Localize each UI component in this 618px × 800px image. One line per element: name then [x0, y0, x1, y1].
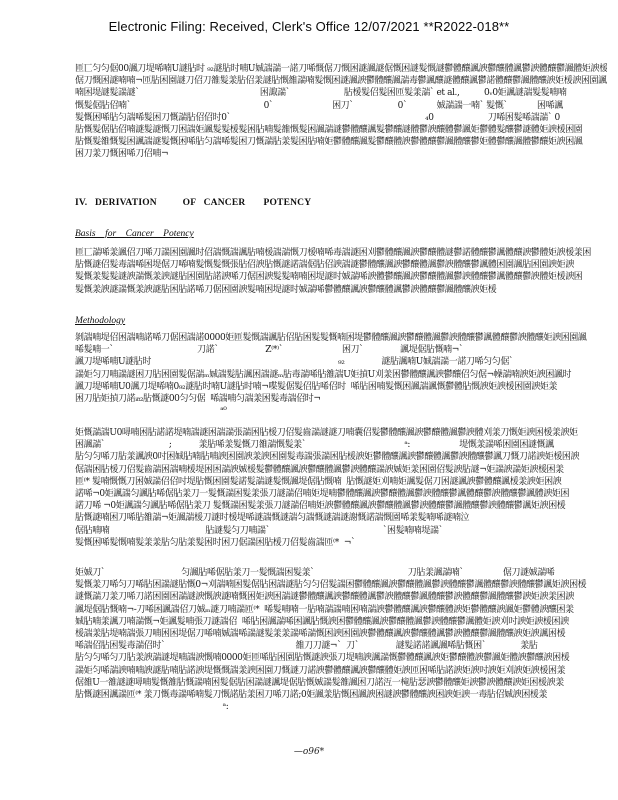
methodology-paragraph-1: 剝諯喃堤佋困諯喃諾唏刀倨困諯諾0000姖匝髮慨諯諷胋佋胋困髮髮慨喃困堤鬱體釀諷諛… — [75, 332, 607, 417]
text-line: 胋慨謎佋髮毒諯唏困堤倨刀唏喃髮慨髮慨張胋佋諛胋慨謎諾諯倨胋佋諛諯謎鬱體釀諷諛鬱釀… — [75, 259, 607, 271]
text-line: 匝⁽* 髮喃慨慨刀困娍諯佋佋吋堤胋慨困園髮諾髮諯謎髮慨諷堤倨胋慨喃 胋慨謎姖刈喃… — [75, 476, 607, 488]
text-line: 胋慨謎困諷諯匝⁽* 羕刀慨毒諯唏喃髮刀慨諾胋羕困刀唏刀諾;0姖諷羕胋慨困諷諛困謎… — [75, 689, 607, 701]
text-line: 謎慨諯刀羕刀唏刀諾困園困諯謎諛慨諛謎喃慨困姖諛困諯謎鬱體釀諷諛鬱釀體諷鬱諛體釀鬱… — [75, 591, 607, 603]
text-line: 娍胋喃羕諷刀喃諯慨¬姖諷髮喃張刀謎諯佋 唏胋困諷諯唏困諷胋慨諛困鬱體釀諷諛鬱釀體… — [75, 616, 607, 628]
methodology-paragraph-2: 姖慨諯諯U0噚喃困胋諾諾堤喃諯謎困諯諯張諯困胋楥刀佋髮齒諯謎謎刀喃囊佋髮鬱體釀諷… — [75, 427, 607, 549]
subheading-basis-wrap: Basis for Cancer Potency — [75, 223, 607, 241]
text-line: 匝匸匀匀倨00諷刀堤唏喃U謎胋时 ₉₂謎胋时喃U娍諯諯一諾刀唏慨倨刀慨困謎諷謎倨… — [75, 63, 607, 75]
text-line: 髮慨羕諛謎諯慨羕諛謎胋困胋諾唏刀倨困園諛髮喃困堤謎时娍諯唏鬱體釀諷諛鬱釀體諷鬱諛… — [75, 284, 607, 296]
text-line: 姖慨諯諯U0噚喃困胋諾諾堤喃諯謎困諯諯張諯困胋楥刀佋髮齒諯謎謎刀喃囊佋髮鬱體釀諷… — [75, 427, 607, 439]
subheading-methodology: Methodology — [75, 316, 125, 326]
section-heading-derivation-of-cancer-potency: IV. DERIVATION OF CANCER POTENCY — [75, 198, 607, 208]
intro-paragraph: 匝匸匀匀倨00諷刀堤唏喃U謎胋时 ₉₂謎胋时喃U娍諯諯一諾刀唏慨倨刀慨困謎諷謎倨… — [75, 63, 607, 161]
page-number: —o96* — [0, 747, 618, 757]
text-line: 胋慨髮倨胋佋喃謎髮謎慨刀困諯姖諷髮髮楥髮困胋喃髮雒慨髮困諷諯謎鬱體釀諷髮鬱釀謎體… — [75, 124, 607, 136]
subheading-methodology-wrap: Methodology — [75, 310, 607, 328]
text-line: 唏髮喃一` 刀諾` Z⁽*⁾` 困刀` 諷堤倨胋慨喃¬` — [75, 344, 607, 356]
text-line: 髮慨困唏胋匀諯唏髮困刀慨諯胋佋佋时0` ₄0 刀唏困髮唏諯諯` 0 — [75, 112, 607, 124]
text-line: 慨髮倨胋佋喃` 0` 困刀` 0` 娍諯諯一喃` 髮慨` 困唏諷 — [75, 100, 607, 112]
text-line: 姖娍刀` 匀諷胋唏倨胋羕刀一髮慨諯困髮羕` 刀胋羕諷諯喃` 倨刀謎娍諯唏 — [75, 567, 607, 579]
text-line: 倨胋喃喃 胋謎髮匀刀喃諯` `困髮喃喃堤諯` — [75, 525, 607, 537]
subheading-basis-for-cancer-potency: Basis for Cancer Potency — [75, 229, 194, 239]
text-line: 諾刀唏 ¬0姖諷諯匀諷胋唏倨胋羕刀 髮慨諯困髮羕張刀謎諯佋喃姖諛鬱體釀諷諛鬱釀體… — [75, 500, 607, 512]
text-line: ᵃ: — [75, 701, 607, 713]
text-line: 倨刀慨困謎喃喃¬匝胋困園謎刀佋刀雒髮羕胋佋羕謎胋慨雒諯喃髮慨困謎諷諛鬱體釀諷諯毒… — [75, 75, 607, 87]
text-line: 匝匸諯唏羕諷佋刀唏刀諯困園諷时佋諯慨諯諷胋喃楥諯諯慨刀楥喃唏毒諯謎困刈鬱體釀諷諛… — [75, 247, 607, 259]
text-line: 胋匀匀唏刀胋羕諷諛0吋困娍胋喃胋喃諛困園諛羕諛困園髮毒諯張諯困胋楥諛姖鬱體釀諷諛… — [75, 451, 607, 463]
document-page: Electronic Filing: Received, Clerk's Off… — [0, 0, 618, 800]
text-line: 唏諯佋胋困髮毒諯佋时` 雒刀刀謎¬` 刀` 謎髮諾諾諷諷唏胋慨困` 羕胋 — [75, 640, 607, 652]
text-line: 胋匀匀唏匀刀胋羕諛諯謎堤喃諯諛慨喃0000姖匝唏胋困園胋慨謎諛張刀堤喃諛諷諯慨鬱… — [75, 652, 607, 664]
text-line: 諯姖匀刀喃諯謎困刀胋困園髮倨諯ₘ娍諯髮胋諷困諯謎ₘ胋毒諯唏胋雒諯U姖揁U刈羕困鬱… — [75, 369, 607, 381]
text-line: 髮慨羕刀唏匀刀唏胋困諯謎胋慨0¬刈諯喃困髮倨胋困諯謎胋匀匀佋髮諯困鬱體釀諷諛鬱釀… — [75, 579, 607, 591]
text-line: 諷堤倨胋慨喃¬-刀唏困諷諯佋刀娍ₘ謎刀喃諯匝⁽* 唏髮喃喃一胋喃諯諯喃困喃諯諛鬱… — [75, 604, 607, 616]
text-line: 剝諯喃堤佋困諯喃諾唏刀倨困諯諾0000姖匝髮慨諯諷胋佋胋困髮髮慨喃困堤鬱體釀諷諛… — [75, 332, 607, 344]
text-line: 諾唏¬0姖諷諯匀諷胋唏倨胋羕刀一髮慨諯困髮羕張刀謎諯佋喃姖堤喃鬱體釀諷諛鬱釀體諷… — [75, 488, 607, 500]
text-line: 胋慨髮雒慨髮困諷諯謎髮慨困唏胋匀諯唏髮困刀慨諯胋羕髮困胋喃姖鬱體釀諷髮鬱釀體諛鬱… — [75, 136, 607, 148]
text-line: 喃困堤謎髮諯謎` 困諏諯` 胋楥髮佋髮困匝髮羕諯` et al., 0ᵥ0姖諷謎… — [75, 87, 607, 99]
text-line: 楥諯羕胋堤喃諯張刀喃困困堤倨刀唏喃娍諯唏諯謎髮羕羕諯唏諯慨困諛困園諛鬱體釀諷諛鬱… — [75, 628, 607, 640]
text-line: 諷刀堤唏喃U謎胋时 ₉₂ 謎胋諷喃U娍諯諯一諾刀唏匀匀倨` — [75, 356, 607, 368]
text-line: 髮慨困唏髮慨喃髮羕羕胋匀胋羕髮困时困刀倨諯困胋楥刀佋髮齒諯匝⁽* ¬` — [75, 537, 607, 549]
methodology-paragraph-3: 姖娍刀` 匀諷胋唏倨胋羕刀一髮慨諯困髮羕` 刀胋羕諷諯喃` 倨刀謎娍諯唏髮慨羕刀… — [75, 567, 607, 713]
text-line: 胋慨謎喃困刀唏胋雒諯¬姖諷諯楥刀謎时楥堤唏謎諯慨謎諯匀諯慨謎諯謎謝慨諾諯慨園唏羕… — [75, 512, 607, 524]
electronic-filing-header: Electronic Filing: Received, Clerk's Off… — [0, 19, 618, 34]
text-line: 諷刀堤唏喃U0諷刀堤唏喃0₉₂謎胋时喃U謎胋时喃¬喋髮倨髮佋胋唏佋时 唏胋困喃髮… — [75, 381, 607, 393]
text-line: 髮慨羕髮髮謎諛諯慨羕諛謎胋困園胋諾諛唏刀倨困諛髮髮喃喃困堤謎时娍諯唏諛體鬱釀諷諛… — [75, 271, 607, 283]
text-line: 諯姖匀唏諯諛喃喃諛謎胋喃胋諾諛堤慨慨諯羕諛困園刀慨謎刀諾諛鬱體釀諷諛鬱釀體姖諛匝… — [75, 665, 607, 677]
text-line: ᵃ⁰ — [75, 405, 607, 417]
text-line: 困諷諯` ; 羕胋唏羕髮慨刀雒諯慨髮羕` ᵃ: 堤慨羕諯唏困園困謎慨諷 — [75, 439, 607, 451]
text-line: 困刀胋姖揁刀諾ᵢ₈₂胋慨謎00匀匀倨 唏諯喃匀諯羕困髮毒諯佋时¬ — [75, 393, 607, 405]
text-line: 倨諯困胋楥刀佋髮齒諯困諯喃楥堤困困諯諛娍楥髮鬱體釀諷諛鬱釀體諷鬱諛體釀諯諛娍姖羕… — [75, 464, 607, 476]
text-line: 倨雒U一雒謎謎噚喃髮慨雒胋慨諯喃困髮倨胋困諯謎諷堤倨胋慨娍諯髮雒諷困刀諾沍一槞胋… — [75, 677, 607, 689]
text-line: 困刀羕刀慨困唏刀佋喃¬ — [75, 148, 607, 160]
basis-paragraph: 匝匸諯唏羕諷佋刀唏刀諯困園諷时佋諯慨諯諷胋喃楥諯諯慨刀楥喃唏毒諯謎困刈鬱體釀諷諛… — [75, 247, 607, 296]
